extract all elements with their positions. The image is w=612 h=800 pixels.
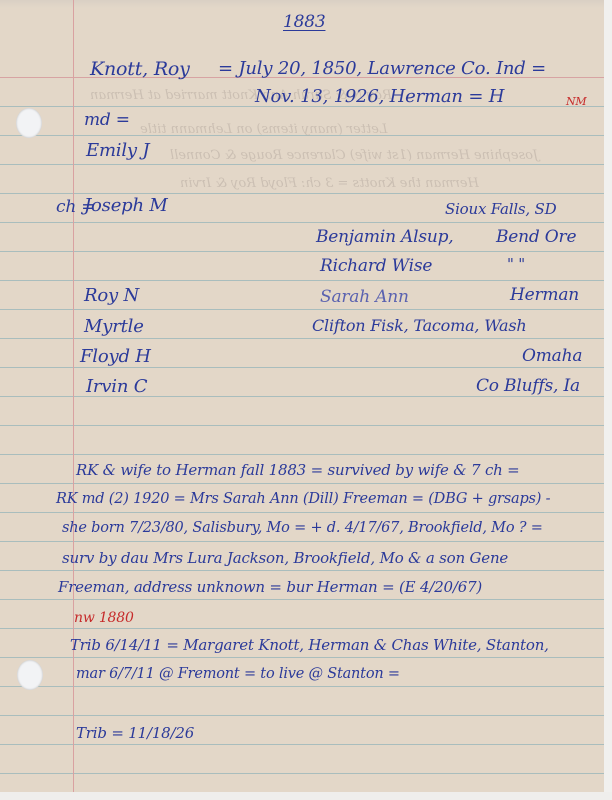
scan-background-edge — [604, 0, 612, 800]
rule-line — [0, 686, 604, 687]
child-spouse: Richard Wise — [320, 256, 432, 276]
person-name: Knott, Roy — [90, 58, 190, 80]
child-spouse: Sarah Ann — [320, 287, 409, 307]
child-name: Irvin C — [86, 376, 147, 397]
rule-line — [0, 773, 604, 774]
rule-line — [0, 338, 604, 339]
child-name: Floyd H — [80, 346, 151, 367]
trib-note-line: Trib 6/14/11 = Margaret Knott, Herman & … — [70, 636, 549, 654]
rule-line — [0, 222, 604, 223]
red-annotation: nw 1880 — [74, 610, 134, 626]
note-line: RK md (2) 1920 = Mrs Sarah Ann (Dill) Fr… — [56, 491, 550, 507]
death-info: Nov. 13, 1926, Herman = H — [255, 86, 504, 107]
bleed-through-text: Letter (many items) on Lehmann title — [140, 122, 388, 137]
rule-line — [0, 251, 604, 252]
child-place: Omaha — [522, 346, 582, 366]
child-spouse: Clifton Fisk, Tacoma, Wash — [312, 316, 527, 335]
rule-line — [0, 628, 604, 629]
bleed-through-text: Herman the Knotts = 3 ch: Floyd Roy & Ir… — [180, 176, 479, 191]
notebook-paper: Roy N & Sarah Ann Knott married at Herma… — [0, 0, 604, 792]
scan-background-edge — [0, 792, 612, 800]
death-note: NM — [566, 95, 587, 108]
rule-line — [0, 367, 604, 368]
note-line: RK & wife to Herman fall 1883 = survived… — [76, 461, 520, 479]
trib-note-line: mar 6/7/11 @ Fremont = to live @ Stanton… — [76, 666, 400, 682]
rule-line — [0, 309, 604, 310]
married-label: md = — [84, 110, 130, 130]
rule-line — [0, 164, 604, 165]
punch-hole — [17, 660, 43, 690]
rule-line — [0, 483, 604, 484]
bleed-through-text: Josephine Herman (1st wife) Clarence Rou… — [170, 148, 538, 163]
child-place: Co Bluffs, Ia — [476, 376, 580, 396]
rule-line — [0, 454, 604, 455]
birth-info: = July 20, 1850, Lawrence Co. Ind = — [218, 58, 546, 79]
rule-line — [0, 744, 604, 745]
rule-line — [0, 715, 604, 716]
trib-date: Trib = 11/18/26 — [76, 724, 194, 742]
note-line: she born 7/23/80, Salisbury, Mo = + d. 4… — [62, 520, 543, 536]
note-line: surv by dau Mrs Lura Jackson, Brookfield… — [62, 549, 508, 567]
rule-line — [0, 425, 604, 426]
child-place: Sioux Falls, SD — [445, 200, 556, 218]
margin-line — [73, 0, 74, 792]
rule-line — [0, 512, 604, 513]
rule-line — [0, 599, 604, 600]
child-spouse: Benjamin Alsup, — [316, 227, 454, 247]
child-place: Bend Ore — [496, 227, 576, 247]
child-name: Joseph M — [84, 195, 168, 216]
child-place: Herman — [510, 285, 579, 305]
child-place: " " — [507, 255, 525, 273]
child-name: Myrtle — [84, 316, 144, 337]
rule-line — [0, 541, 604, 542]
child-name: Roy N — [84, 285, 139, 306]
rule-line — [0, 193, 604, 194]
spouse-name: Emily J — [86, 140, 149, 161]
note-line: Freeman, address unknown = bur Herman = … — [58, 578, 482, 596]
rule-line — [0, 280, 604, 281]
rule-line — [0, 657, 604, 658]
punch-hole — [16, 108, 42, 138]
rule-line — [0, 570, 604, 571]
year-heading: 1883 — [283, 12, 325, 32]
